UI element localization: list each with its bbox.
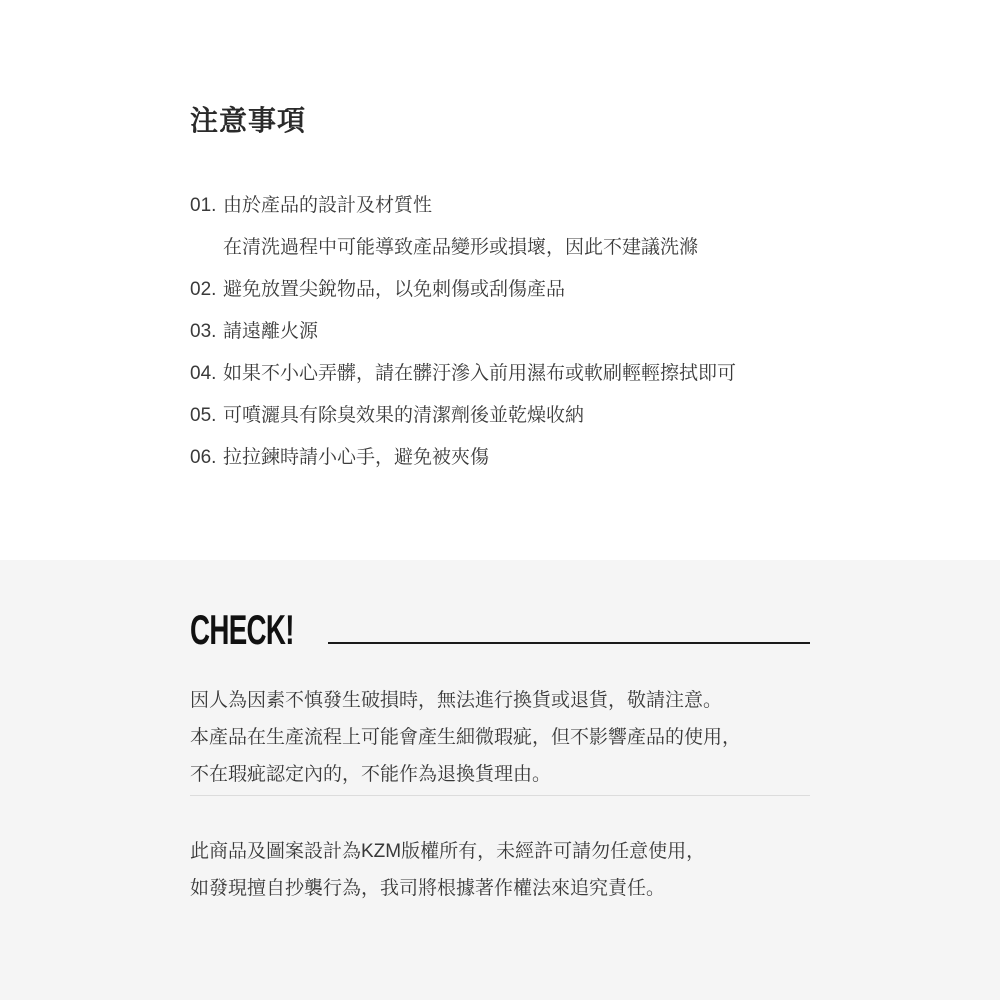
item-text: 可噴灑具有除臭效果的清潔劑後並乾燥收納 (223, 395, 584, 437)
notes-list: 01. 由於產品的設計及材質性 在清洗過程中可能導致產品變形或損壞，因此不建議洗… (190, 185, 810, 479)
paragraph-divider (190, 795, 810, 796)
title-rule (328, 642, 810, 644)
item-text: 避免放置尖銳物品，以免刺傷或刮傷產品 (223, 269, 565, 311)
list-item: 01. 由於產品的設計及材質性 在清洗過程中可能導致產品變形或損壞，因此不建議洗… (190, 185, 810, 269)
check-section: CHECK! 因人為因素不慎發生破損時，無法進行換貨或退貨，敬請注意。 本產品在… (0, 560, 1000, 1000)
policy-paragraph: 因人為因素不慎發生破損時，無法進行換貨或退貨，敬請注意。 本產品在生產流程上可能… (190, 682, 810, 793)
check-header: CHECK! (190, 612, 810, 648)
copyright-line: 如發現擅自抄襲行為，我司將根據著作權法來追究責任。 (190, 870, 810, 907)
policy-line: 因人為因素不慎發生破損時，無法進行換貨或退貨，敬請注意。 (190, 682, 810, 719)
notes-title: 注意事項 (190, 103, 810, 139)
policy-line: 不在瑕疵認定內的，不能作為退換貨理由。 (190, 756, 810, 793)
list-item: 04. 如果不小心弄髒，請在髒汙滲入前用濕布或軟刷輕輕擦拭即可 (190, 353, 810, 395)
item-number: 06. (190, 437, 223, 479)
item-number: 02. (190, 269, 223, 311)
list-item: 02. 避免放置尖銳物品，以免刺傷或刮傷產品 (190, 269, 810, 311)
list-item: 06. 拉拉鍊時請小心手，避免被夾傷 (190, 437, 810, 479)
item-text: 由於產品的設計及材質性 在清洗過程中可能導致產品變形或損壞，因此不建議洗滌 (223, 185, 698, 269)
item-number: 03. (190, 311, 223, 353)
copyright-line: 此商品及圖案設計為KZM版權所有，未經許可請勿任意使用， (190, 833, 810, 870)
item-text-continuation: 在清洗過程中可能導致產品變形或損壞，因此不建議洗滌 (223, 227, 698, 269)
item-number: 05. (190, 395, 223, 437)
copyright-paragraph: 此商品及圖案設計為KZM版權所有，未經許可請勿任意使用， 如發現擅自抄襲行為，我… (190, 833, 810, 907)
item-number: 04. (190, 353, 223, 395)
list-item: 05. 可噴灑具有除臭效果的清潔劑後並乾燥收納 (190, 395, 810, 437)
item-text: 請遠離火源 (223, 311, 318, 353)
policy-line: 本產品在生產流程上可能會產生細微瑕疵，但不影響產品的使用， (190, 719, 810, 756)
product-notice-page: 注意事項 01. 由於產品的設計及材質性 在清洗過程中可能導致產品變形或損壞，因… (0, 0, 1000, 1000)
notes-section: 注意事項 01. 由於產品的設計及材質性 在清洗過程中可能導致產品變形或損壞，因… (0, 0, 1000, 560)
item-text: 如果不小心弄髒，請在髒汙滲入前用濕布或軟刷輕輕擦拭即可 (223, 353, 736, 395)
item-text: 拉拉鍊時請小心手，避免被夾傷 (223, 437, 489, 479)
list-item: 03. 請遠離火源 (190, 311, 810, 353)
item-number: 01. (190, 185, 223, 227)
